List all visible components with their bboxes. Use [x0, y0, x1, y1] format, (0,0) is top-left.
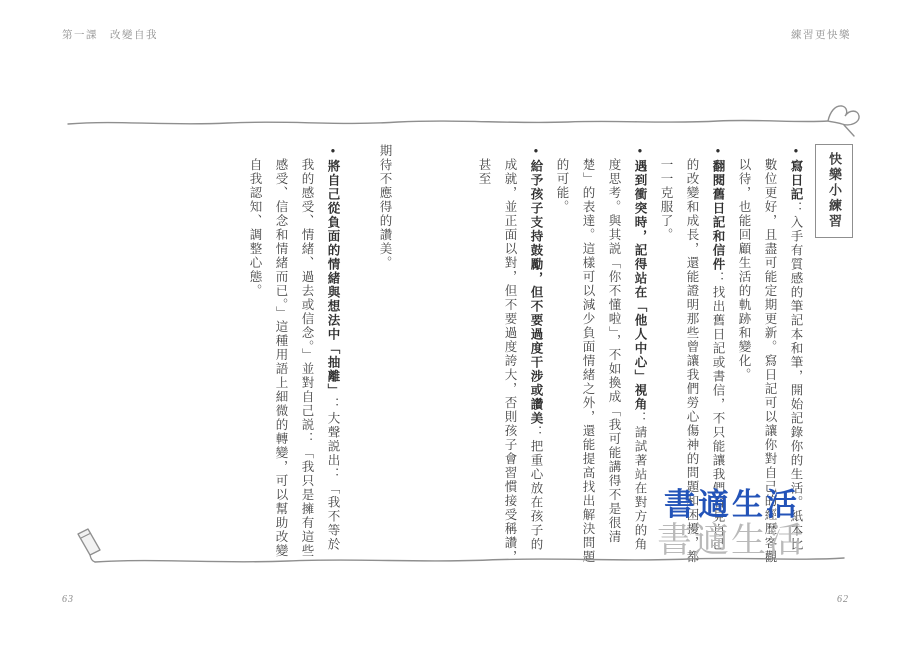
- heart-doodle-icon: [828, 106, 859, 136]
- bullet-lead: 寫日記: [789, 160, 803, 202]
- bullet-marker: •: [711, 144, 725, 160]
- practice-box-title: 快樂小練習: [815, 144, 853, 238]
- bullet-lead: 將自己從負面的情緒與想法中「抽離」: [326, 160, 340, 398]
- chapter-header: 第一課 改變自我: [62, 27, 158, 42]
- pencil-doodle-icon: [78, 529, 100, 562]
- bullet-marker: •: [529, 144, 543, 160]
- bullet-item-conflict-perspective: •遇到衝突時，記得站在「他人中心」視角：請試著站在對方的角度思考。與其説「你不懂…: [549, 144, 653, 564]
- page-number-left: 63: [62, 594, 74, 605]
- bullet-item-encourage-children: •給予孩子支持鼓勵，但不要過度干涉或讚美：把重心放在孩子的成就，並正面以對，但不…: [471, 144, 549, 564]
- bullet-item-detach-emotions: •將自己從負面的情緒與想法中「抽離」：大聲説出：「我不等於我的感受、情緒、過去或…: [242, 144, 346, 564]
- bullet-lead: 給予孩子支持鼓勵，但不要過度干涉或讚美: [529, 160, 543, 426]
- book-scan-spread: { "header": { "left": "第一課 改變自我", "right…: [0, 0, 917, 650]
- page-number-right: 62: [837, 594, 849, 605]
- bullet-lead: 遇到衝突時，記得站在「他人中心」視角: [633, 160, 647, 412]
- watermark-gray: 書適生活: [657, 513, 805, 563]
- book-title-header: 練習更快樂: [791, 27, 851, 42]
- left-page-text: 期待不應得的讚美。 •將自己從負面的情緒與想法中「抽離」：大聲説出：「我不等於我…: [248, 144, 398, 564]
- paragraph-continuation: 期待不應得的讚美。: [372, 144, 398, 564]
- bullet-marker: •: [633, 144, 647, 160]
- bullet-lead: 翻閱舊日記和信件: [711, 160, 725, 272]
- top-wavy-line: [58, 96, 868, 144]
- bullet-marker: •: [326, 144, 340, 160]
- bullet-marker: •: [789, 144, 803, 160]
